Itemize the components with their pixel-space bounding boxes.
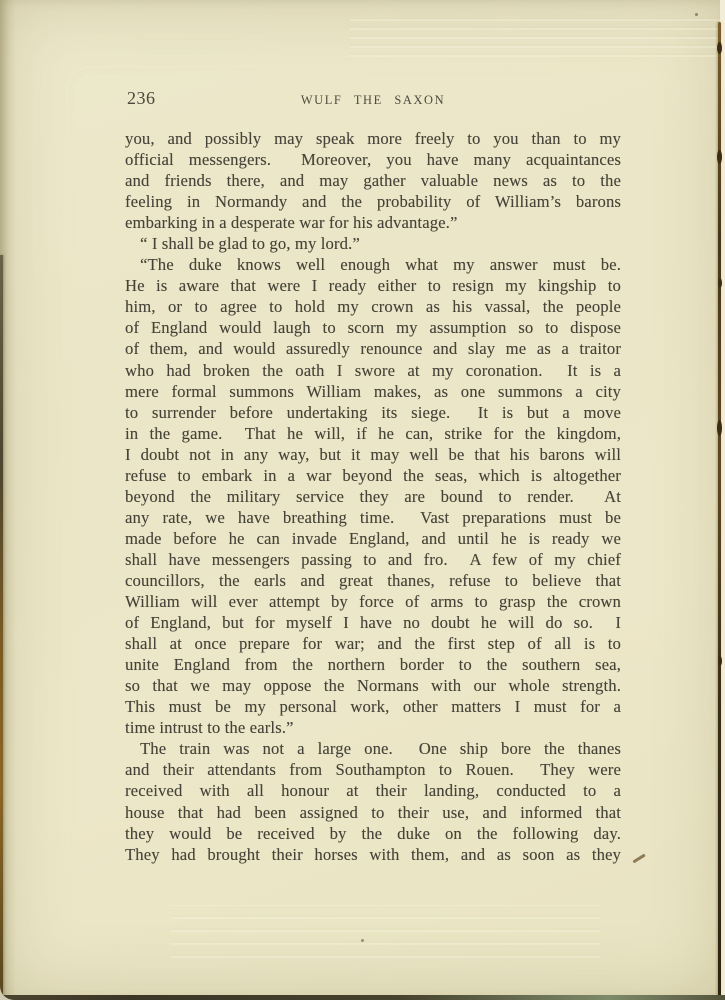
text-line: house that had been assigned to their us… [125,802,621,823]
text-line: This must be my personal work, other mat… [125,696,621,717]
body-text: you, and possibly may speak more freely … [125,128,621,865]
text-line: any rate, we have breathing time. Vast p… [125,507,621,528]
text-line: in the game. That he will, if he can, st… [125,423,621,444]
text-line: beyond the military service they are bou… [125,486,621,507]
ink-dot-artifact [361,939,364,942]
text-line: made before he can invade England, and u… [125,528,621,549]
text-line: and their attendants from Southampton to… [125,759,621,780]
text-line: He is aware that were I ready either to … [125,275,621,296]
text-line: so that we may oppose the Normans with o… [125,675,621,696]
text-line: official messengers. Moreover, you have … [125,149,621,170]
text-line: mere formal summons William makes, as on… [125,381,621,402]
text-line: “The duke knows well enough what my answ… [125,254,621,275]
text-line: “ I shall be glad to go, my lord.” [125,233,621,254]
book-page-scan: 236 WULF THE SAXON you, and possibly may… [0,0,725,1000]
text-line: The train was not a large one. One ship … [125,738,621,759]
pen-mark-artifact [632,853,645,863]
text-line: They had brought their horses with them,… [125,844,621,865]
text-line: him, or to agree to hold my crown as his… [125,296,621,317]
text-line: embarking in a desperate war for his adv… [125,212,621,233]
edge-ink-blob [717,420,722,436]
text-line: received with all honour at their landin… [125,780,621,801]
text-line: of England would laugh to scorn my assum… [125,317,621,338]
text-line: who had broken the oath I swore at my co… [125,360,621,381]
text-line: of them, and would assuredly renounce an… [125,338,621,359]
edge-ink-blob [718,278,722,288]
paper-texture-streaks [350,18,725,62]
text-line: shall have messengers passing to and fro… [125,549,621,570]
text-line: councillors, the earls and great thanes,… [125,570,621,591]
text-line: you, and possibly may speak more freely … [125,128,621,149]
text-line: William will ever attempt by force of ar… [125,591,621,612]
text-line: to surrender before undertaking its sieg… [125,402,621,423]
page-left-edge [0,255,3,1000]
text-line: of England, but for myself I have no dou… [125,612,621,633]
text-line: feeling in Normandy and the probability … [125,191,621,212]
running-title: WULF THE SAXON [125,93,621,108]
edge-ink-blob [717,150,722,164]
text-line: and friends there, and may gather valuab… [125,170,621,191]
edge-ink-blob [717,42,722,54]
edge-ink-blob [718,656,722,666]
text-line: refuse to embark in a war beyond the sea… [125,465,621,486]
text-line: I doubt not in any way, but it may well … [125,444,621,465]
text-line: time intrust to the earls.” [125,717,621,738]
text-line: unite England from the northern border t… [125,654,621,675]
text-line: they would be received by the duke on th… [125,823,621,844]
text-line: shall at once prepare for war; and the f… [125,633,621,654]
paper-texture-streaks [170,905,600,967]
page-bottom-edge [0,995,725,1000]
ink-speck-artifact [695,13,698,16]
page-right-edge [718,22,721,1000]
